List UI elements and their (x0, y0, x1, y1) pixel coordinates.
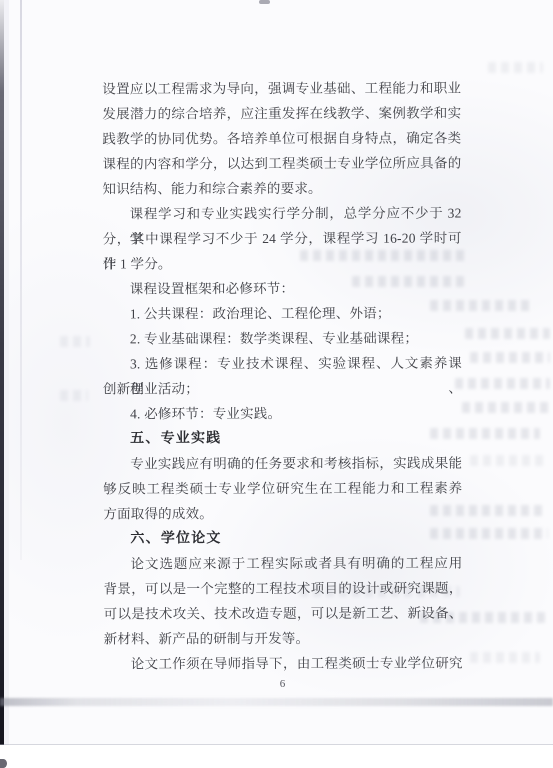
bleed-through-artifact (60, 336, 90, 347)
text-line: 论文工作须在导师指导下，由工程类硕士专业学位研究 (104, 651, 463, 677)
text-line: 课程设置框架和必修环节： (103, 276, 462, 302)
scan-artifact-corner (0, 759, 7, 768)
bleed-through-artifact (470, 455, 548, 466)
text-line: 3. 选修课程：专业技术课程、实验课程、人文素养课程、 (103, 351, 462, 377)
paper-edge-line (20, 0, 22, 560)
text-line: 课程学习和专业实践实行学分制，总学分应不少于 32 学 (103, 201, 462, 227)
bleed-through-artifact (470, 652, 540, 663)
scan-background (0, 745, 553, 768)
text-line: 方面取得的成效。 (103, 501, 462, 527)
text-line: 课程的内容和学分，以达到工程类硕士专业学位所应具备的 (102, 151, 461, 177)
text-line: 够反映工程类硕士专业学位研究生在工程能力和工程素养 (103, 476, 462, 502)
bleed-through-artifact (465, 328, 550, 339)
document-body: 设置应以工程需求为导向，强调专业基础、工程能力和职业发展潜力的综合培养，应注重发… (102, 76, 463, 677)
text-line: 分，其中课程学习不少于 24 学分，课程学习 16-20 学时可计 (103, 226, 462, 252)
text-line: 作 1 学分。 (103, 251, 462, 277)
text-line: 1. 公共课程：政治理论、工程伦理、外语； (103, 301, 462, 327)
bleed-through-artifact (462, 402, 550, 413)
text-line: 新材料、新产品的研制与开发等。 (104, 626, 463, 652)
bleed-through-artifact (470, 352, 550, 363)
scan-artifact-speck (259, 0, 270, 4)
text-line: 可以是技术攻关、技术改造专题，可以是新工艺、新设备、 (104, 601, 463, 627)
bleed-through-artifact (488, 62, 543, 73)
text-line: 2. 专业基础课程：数学类课程、专业基础课程； (103, 326, 462, 352)
bleed-through-artifact (455, 378, 550, 389)
text-line: 论文选题应来源于工程实际或者具有明确的工程应用 (103, 551, 462, 577)
text-line: 发展潜力的综合培养，应注重发挥在线教学、案例教学和实 (102, 101, 461, 127)
scan-artifact-band (0, 698, 553, 706)
text-line: 践教学的协同优势。各培养单位可根据自身特点，确定各类 (102, 126, 461, 152)
bleed-through-artifact (60, 390, 88, 401)
text-line: 设置应以工程需求为导向，强调专业基础、工程能力和职业 (102, 76, 461, 102)
scan-edge-gap (4, 0, 9, 768)
text-line: 4. 必修环节：专业实践。 (103, 401, 462, 427)
text-line: 背景，可以是一个完整的工程技术项目的设计或研究课题， (104, 576, 463, 602)
text-line: 六、学位论文 (103, 526, 462, 552)
page-number: 6 (103, 678, 462, 690)
text-line: 五、专业实践 (103, 426, 462, 452)
text-line: 知识结构、能力和综合素养的要求。 (102, 176, 461, 202)
text-line: 专业实践应有明确的任务要求和考核指标，实践成果能 (103, 451, 462, 477)
scanned-document-page: 设置应以工程需求为导向，强调专业基础、工程能力和职业发展潜力的综合培养，应注重发… (0, 0, 553, 768)
